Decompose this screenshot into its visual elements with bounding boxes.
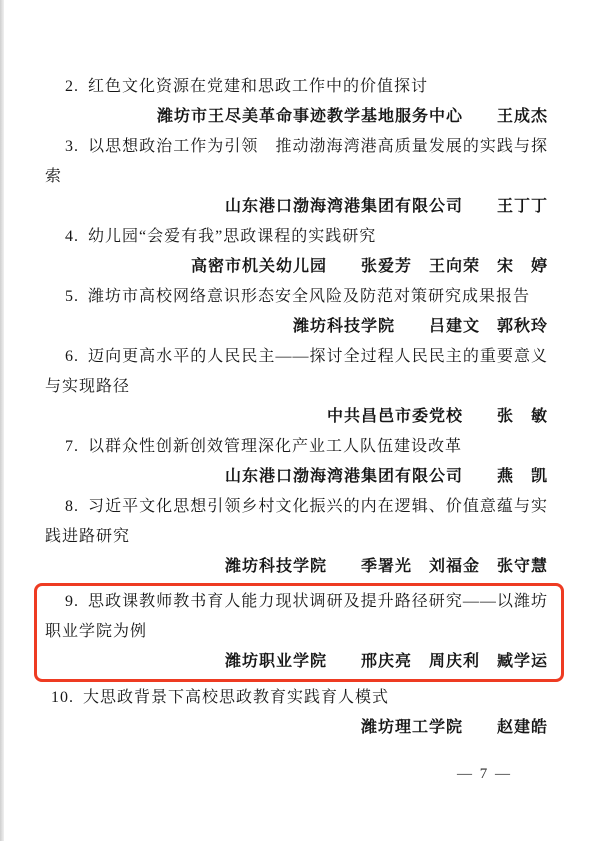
list-item: 8.习近平文化思想引领乡村文化振兴的内在逻辑、价值意蕴与实践进路研究 潍坊科技学… xyxy=(45,492,548,582)
entry-number: 7. xyxy=(65,438,79,455)
entry-title-text: 思政课教师教书育人能力现状调研及提升路径研究——以潍坊职业学院为例 xyxy=(45,593,548,640)
entry-number: 3. xyxy=(65,138,79,155)
entry-title: 4.幼儿园“会爱有我”思政课程的实践研究 xyxy=(45,222,548,252)
list-item: 5.潍坊市高校网络意识形态安全风险及防范对策研究成果报告 潍坊科技学院 吕建文 … xyxy=(45,282,548,342)
entry-title-text: 潍坊市高校网络意识形态安全风险及防范对策研究成果报告 xyxy=(88,288,530,305)
entry-title: 10.大思政背景下高校思政教育实践育人模式 xyxy=(45,683,548,713)
entry-authors: 潍坊市王尽美革命事迹教学基地服务中心 王成杰 xyxy=(45,102,548,132)
entry-number: 9. xyxy=(65,593,79,610)
entry-title-text: 幼儿园“会爱有我”思政课程的实践研究 xyxy=(88,228,376,245)
entry-title-text: 习近平文化思想引领乡村文化振兴的内在逻辑、价值意蕴与实践进路研究 xyxy=(45,498,548,545)
list-item: 6.迈向更高水平的人民民主——探讨全过程人民民主的重要意义与实现路径 中共昌邑市… xyxy=(45,342,548,432)
list-item: 7.以群众性创新创效管理深化产业工人队伍建设改革 山东港口渤海湾港集团有限公司 … xyxy=(45,432,548,492)
entry-number: 2. xyxy=(65,78,79,95)
entry-title: 6.迈向更高水平的人民民主——探讨全过程人民民主的重要意义与实现路径 xyxy=(45,342,548,402)
entry-title-text: 红色文化资源在党建和思政工作中的价值探讨 xyxy=(88,78,428,95)
entry-number: 8. xyxy=(65,498,79,515)
entry-authors: 山东港口渤海湾港集团有限公司 王丁丁 xyxy=(45,192,548,222)
entry-title-text: 大思政背景下高校思政教育实践育人模式 xyxy=(83,689,389,706)
highlight-box: 9.思政课教师教书育人能力现状调研及提升路径研究——以潍坊职业学院为例 潍坊职业… xyxy=(34,583,564,682)
list-item: 2.红色文化资源在党建和思政工作中的价值探讨 潍坊市王尽美革命事迹教学基地服务中… xyxy=(45,72,548,132)
entry-title: 7.以群众性创新创效管理深化产业工人队伍建设改革 xyxy=(45,432,548,462)
entry-title-text: 迈向更高水平的人民民主——探讨全过程人民民主的重要意义与实现路径 xyxy=(45,348,548,395)
scan-edge xyxy=(0,0,4,841)
page-number: — 7 — xyxy=(45,759,548,789)
list-item: 4.幼儿园“会爱有我”思政课程的实践研究 高密市机关幼儿园 张爱芳 王向荣 宋 … xyxy=(45,222,548,282)
entry-authors: 潍坊科技学院 季署光 刘福金 张守慧 xyxy=(45,552,548,582)
entry-number: 5. xyxy=(65,288,79,305)
entry-title: 5.潍坊市高校网络意识形态安全风险及防范对策研究成果报告 xyxy=(45,282,548,312)
entry-title: 8.习近平文化思想引领乡村文化振兴的内在逻辑、价值意蕴与实践进路研究 xyxy=(45,492,548,552)
list-item: 10.大思政背景下高校思政教育实践育人模式 潍坊理工学院 赵建皓 xyxy=(45,683,548,743)
entry-title: 3.以思想政治工作为引领 推动渤海湾港高质量发展的实践与探索 xyxy=(45,132,548,192)
document-page: 2.红色文化资源在党建和思政工作中的价值探讨 潍坊市王尽美革命事迹教学基地服务中… xyxy=(0,0,598,789)
entry-authors: 高密市机关幼儿园 张爱芳 王向荣 宋 婷 xyxy=(45,252,548,282)
entry-title-text: 以思想政治工作为引领 推动渤海湾港高质量发展的实践与探索 xyxy=(45,138,548,185)
entry-title-text: 以群众性创新创效管理深化产业工人队伍建设改革 xyxy=(88,438,462,455)
list-item: 9.思政课教师教书育人能力现状调研及提升路径研究——以潍坊职业学院为例 潍坊职业… xyxy=(45,587,548,677)
entry-authors: 山东港口渤海湾港集团有限公司 燕 凯 xyxy=(45,462,548,492)
entry-number: 6. xyxy=(65,348,79,365)
entry-title: 9.思政课教师教书育人能力现状调研及提升路径研究——以潍坊职业学院为例 xyxy=(45,587,548,647)
entry-number: 10. xyxy=(51,689,74,706)
entry-authors: 潍坊理工学院 赵建皓 xyxy=(45,713,548,743)
entry-authors: 潍坊职业学院 邢庆亮 周庆利 臧学运 xyxy=(45,647,548,677)
entry-authors: 潍坊科技学院 吕建文 郭秋玲 xyxy=(45,312,548,342)
entry-authors: 中共昌邑市委党校 张 敏 xyxy=(45,402,548,432)
entry-number: 4. xyxy=(65,228,79,245)
list-item: 3.以思想政治工作为引领 推动渤海湾港高质量发展的实践与探索 山东港口渤海湾港集… xyxy=(45,132,548,222)
entry-title: 2.红色文化资源在党建和思政工作中的价值探讨 xyxy=(45,72,548,102)
